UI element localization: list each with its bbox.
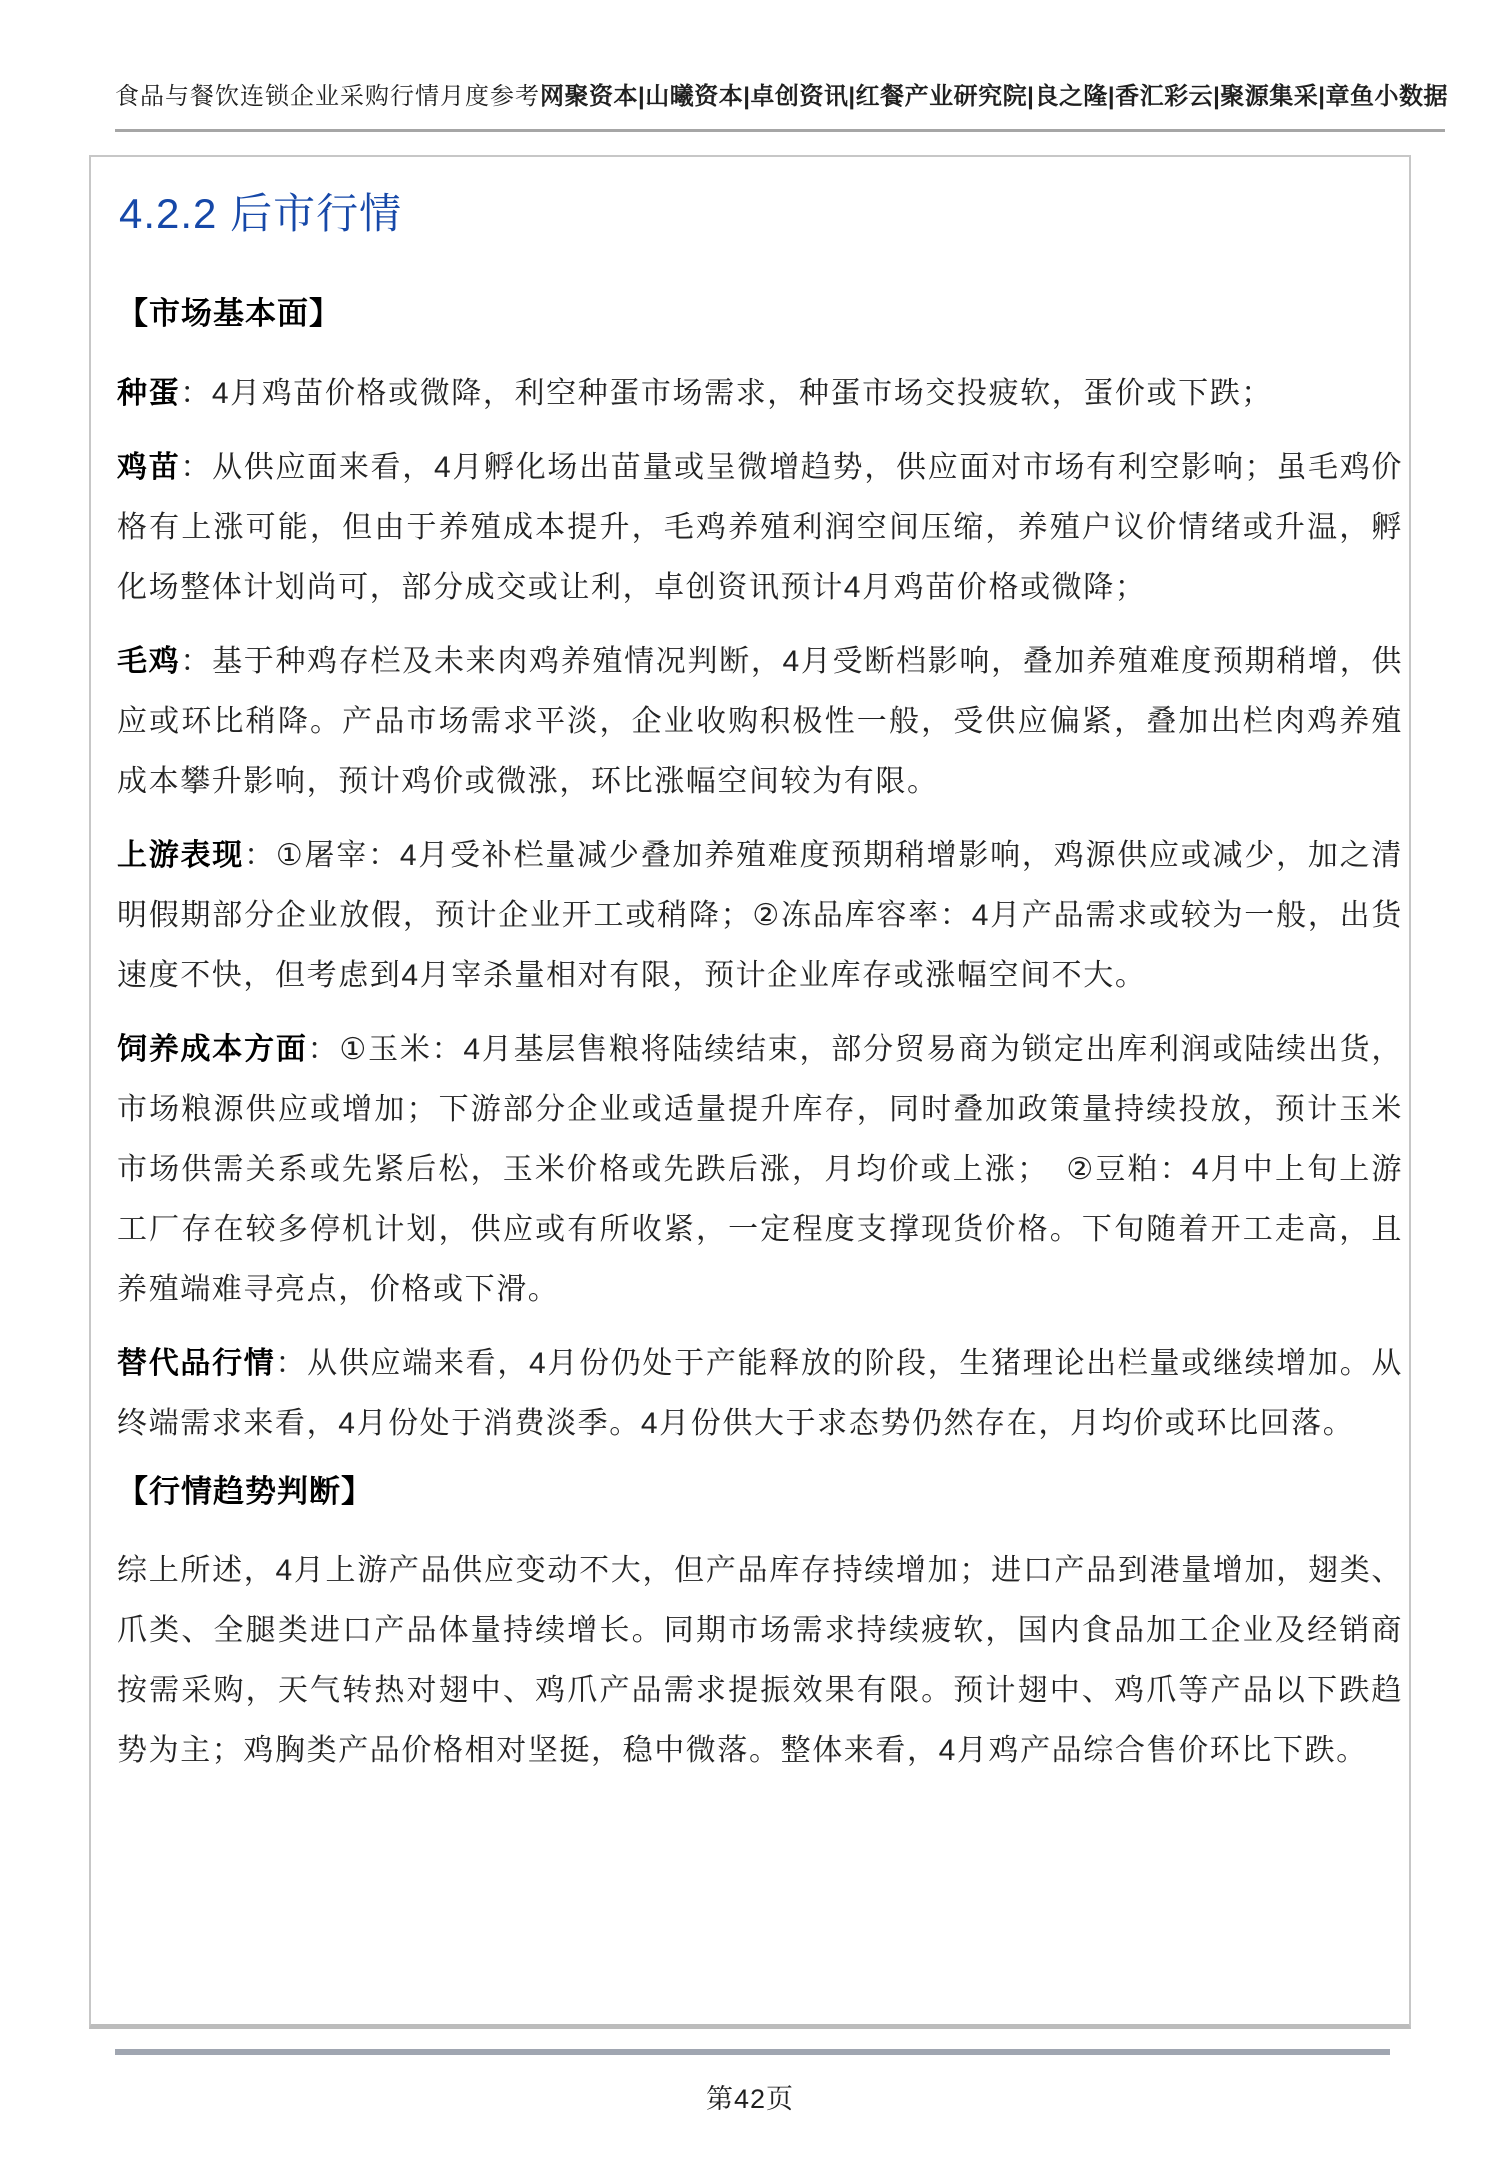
paragraph-colon: ：	[180, 377, 212, 410]
page-number: 第42页	[0, 2082, 1500, 2116]
section-number-title: 4.2.2 后市行情	[119, 190, 1403, 238]
footer-divider	[115, 2049, 1390, 2055]
paragraph-colon: ：	[180, 645, 212, 678]
paragraph-label: 鸡苗	[117, 451, 180, 484]
paragraph-text: ①屠宰：4月受补栏量减少叠加养殖难度预期稍增影响，鸡源供应或减少，加之清明假期部…	[117, 839, 1403, 992]
paragraph-label: 毛鸡	[117, 645, 180, 678]
paragraph-label: 替代品行情	[117, 1347, 275, 1380]
page-header: 食品与餐饮连锁企业采购行情月度参考 网聚资本|山曦资本|卓创资讯|红餐产业研究院…	[115, 82, 1445, 112]
paragraph-colon: ：	[180, 451, 212, 484]
paragraph-substitutes: 替代品行情：从供应端来看，4月份仍处于产能释放的阶段，生猪理论出栏量或继续增加。…	[117, 1334, 1403, 1454]
paragraph-text: 综上所述，4月上游产品供应变动不大，但产品库存持续增加；进口产品到港量增加，翅类…	[117, 1554, 1403, 1767]
market-fundamentals-paragraphs: 种蛋：4月鸡苗价格或微降，利空种蛋市场需求，种蛋市场交投疲软，蛋价或下跌； 鸡苗…	[117, 364, 1403, 1454]
header-doc-title: 食品与餐饮连锁企业采购行情月度参考	[115, 82, 540, 112]
content-frame: 4.2.2 后市行情 【市场基本面】 种蛋：4月鸡苗价格或微降，利空种蛋市场需求…	[89, 155, 1411, 2029]
paragraph-feed-cost: 饲养成本方面：①玉米：4月基层售粮将陆续结束，部分贸易商为锁定出库利润或陆续出货…	[117, 1020, 1403, 1320]
paragraph-label: 上游表现	[117, 839, 244, 872]
trend-judgment-paragraphs: 综上所述，4月上游产品供应变动不大，但产品库存持续增加；进口产品到港量增加，翅类…	[117, 1541, 1403, 1781]
header-partners: 网聚资本|山曦资本|卓创资讯|红餐产业研究院|良之隆|香汇彩云|聚源集采|章鱼小…	[540, 82, 1448, 112]
subsection-heading-trend-judgment: 【行情趋势判断】	[117, 1474, 1403, 1510]
paragraph-text: ①玉米：4月基层售粮将陆续结束，部分贸易商为锁定出库利润或陆续出货，市场粮源供应…	[117, 1033, 1403, 1306]
paragraph-label: 饲养成本方面	[117, 1033, 308, 1066]
paragraph-colon: ：	[244, 839, 276, 872]
paragraph-text: 4月鸡苗价格或微降，利空种蛋市场需求，种蛋市场交投疲软，蛋价或下跌；	[212, 377, 1273, 410]
paragraph-colon: ：	[275, 1347, 307, 1380]
paragraph-chicks: 鸡苗：从供应面来看，4月孵化场出苗量或呈微增趋势，供应面对市场有利空影响；虽毛鸡…	[117, 438, 1403, 618]
subsection-heading-market-fundamentals: 【市场基本面】	[117, 296, 1403, 332]
paragraph-summary: 综上所述，4月上游产品供应变动不大，但产品库存持续增加；进口产品到港量增加，翅类…	[117, 1541, 1403, 1781]
paragraph-upstream: 上游表现：①屠宰：4月受补栏量减少叠加养殖难度预期稍增影响，鸡源供应或减少，加之…	[117, 826, 1403, 1006]
header-divider	[115, 129, 1445, 132]
paragraph-label: 种蛋	[117, 377, 180, 410]
paragraph-live-chicken: 毛鸡：基于种鸡存栏及未来肉鸡养殖情况判断，4月受断档影响，叠加养殖难度预期稍增，…	[117, 632, 1403, 812]
paragraph-text: 基于种鸡存栏及未来肉鸡养殖情况判断，4月受断档影响，叠加养殖难度预期稍增，供应或…	[117, 645, 1403, 798]
paragraph-colon: ：	[308, 1033, 340, 1066]
paragraph-text: 从供应面来看，4月孵化场出苗量或呈微增趋势，供应面对市场有利空影响；虽毛鸡价格有…	[117, 451, 1403, 604]
paragraph-breeding-eggs: 种蛋：4月鸡苗价格或微降，利空种蛋市场需求，种蛋市场交投疲软，蛋价或下跌；	[117, 364, 1403, 424]
paragraph-text: 从供应端来看，4月份仍处于产能释放的阶段，生猪理论出栏量或继续增加。从终端需求来…	[117, 1347, 1403, 1440]
